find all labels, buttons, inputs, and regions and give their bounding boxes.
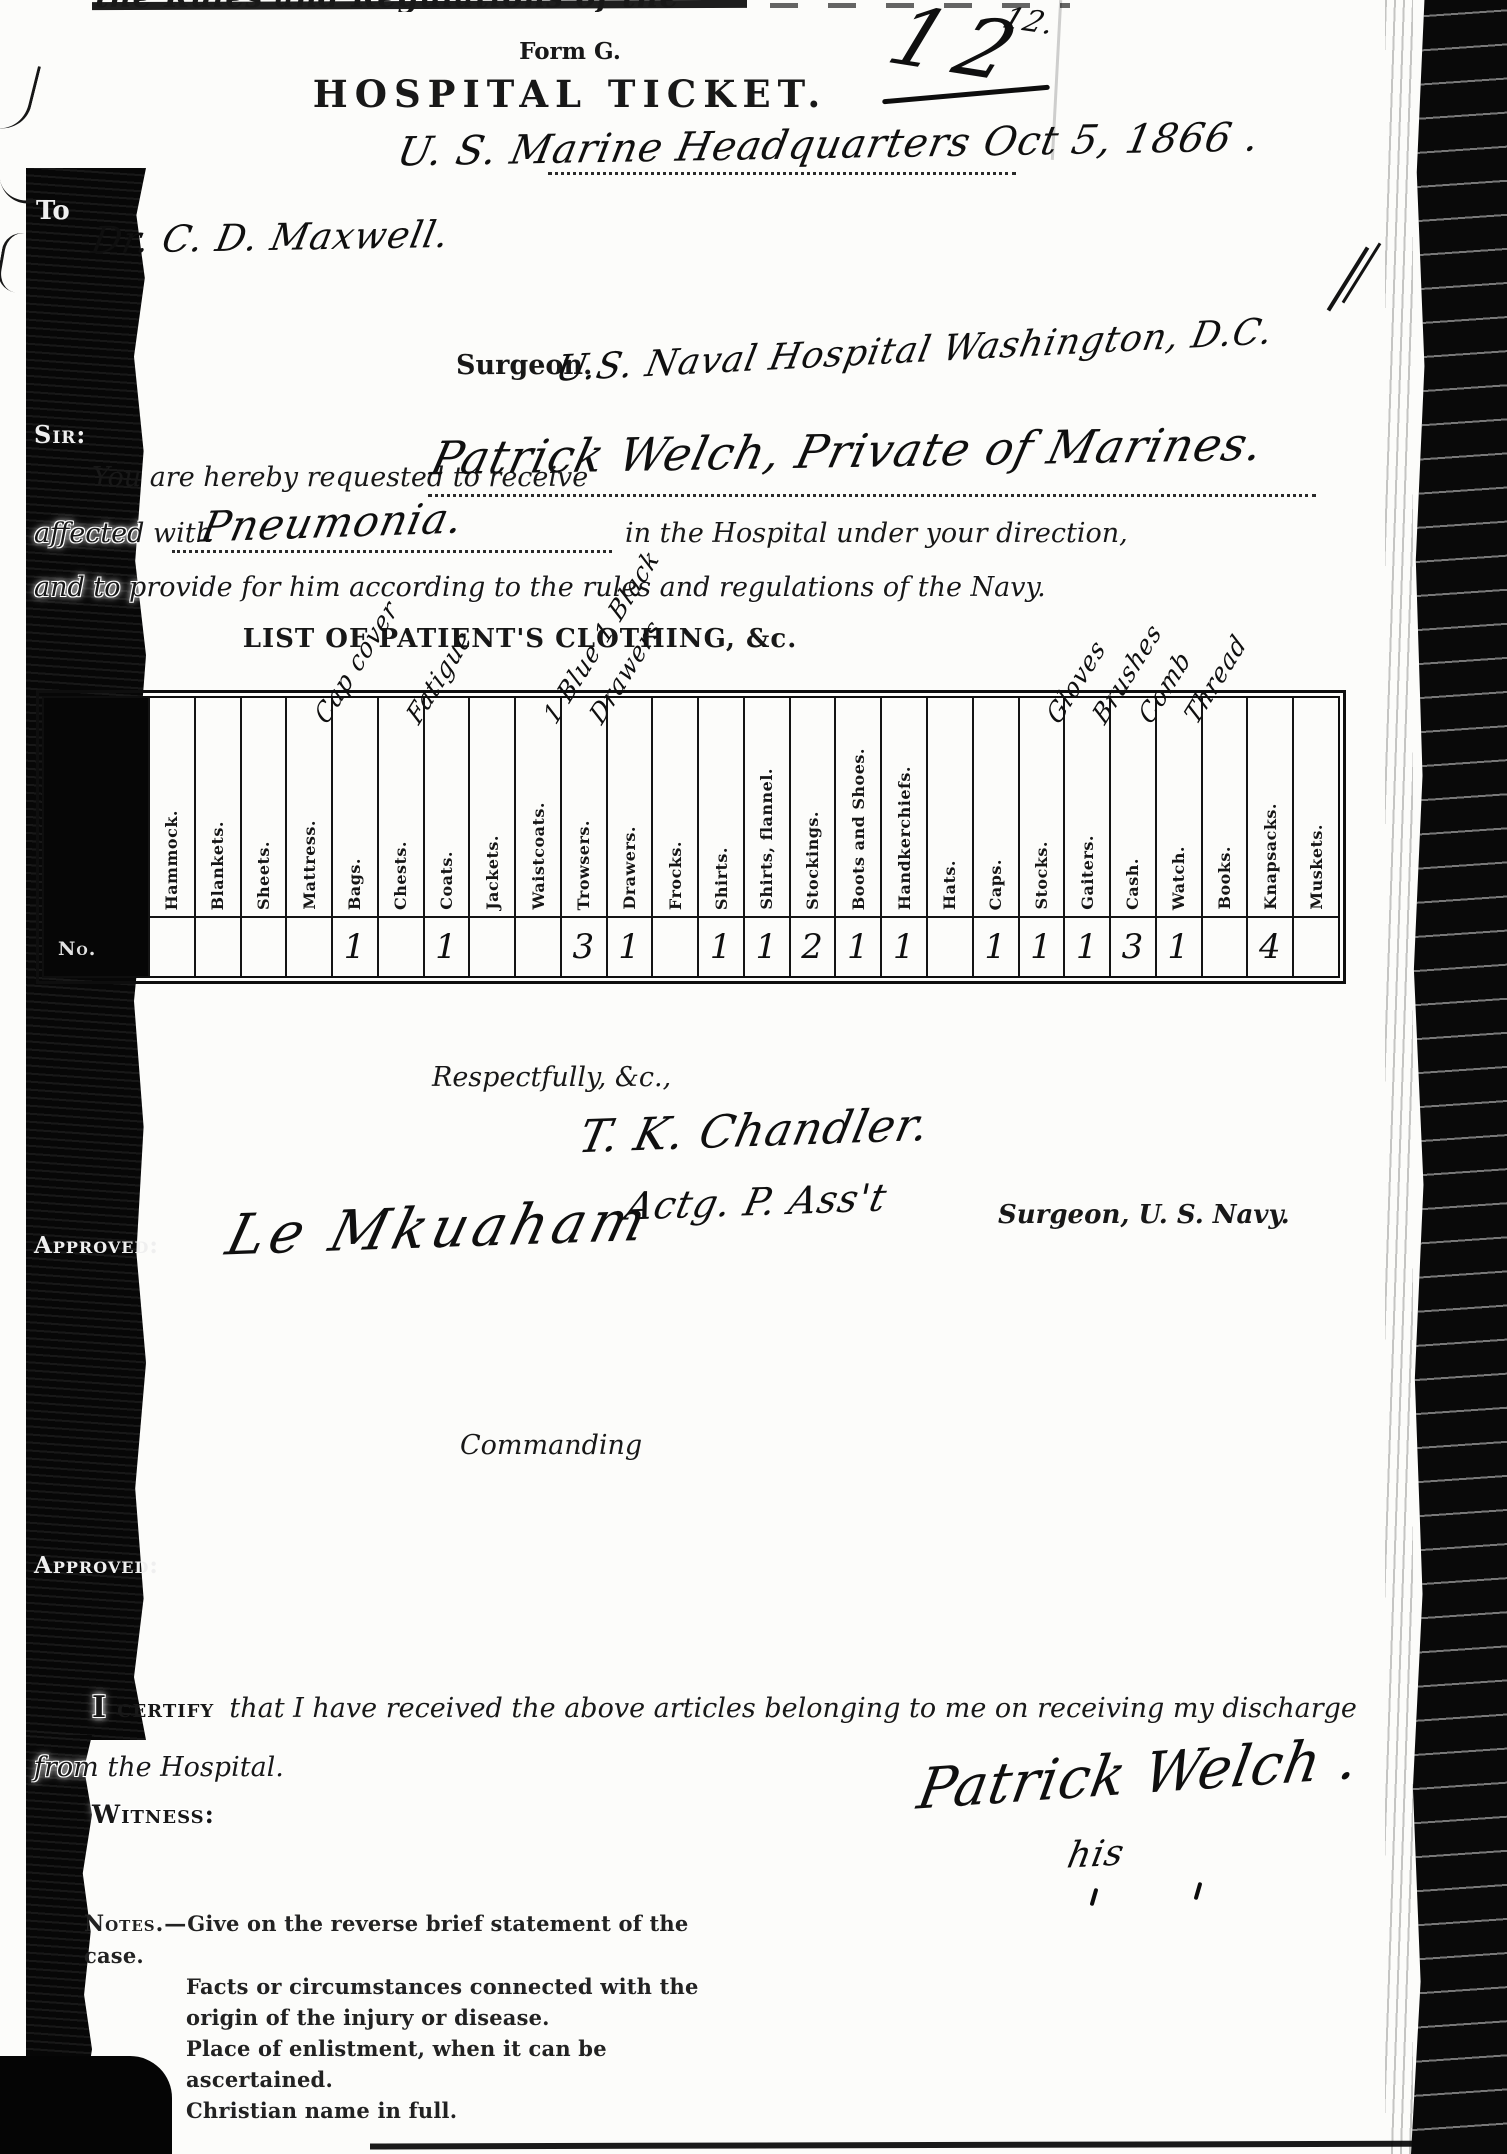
column-value-handwritten: 3 (562, 916, 606, 976)
column-header-cell: 1 Blue 1 Black Trowsers. (562, 698, 606, 916)
request-line2-suffix: in the Hospital under your direction, (625, 518, 1128, 549)
request-line2-prefix-text: affected with (34, 518, 213, 549)
column-value-handwritten (928, 916, 972, 976)
recipient-text: Dr. C. D. Maxwell. (88, 213, 453, 262)
column-label: Hats. (940, 850, 959, 916)
certification-line1: I certify that I have received the above… (92, 1690, 1322, 1725)
form-label-text: Form G. (519, 38, 621, 65)
column-shirts-flannel: Shirts, flannel. 1 (743, 698, 789, 976)
column-label: Jackets. (483, 825, 502, 916)
notes-label: Notes.— (84, 1911, 187, 1937)
column-header-cell: Chests. (379, 698, 423, 916)
clothing-table: No. Hammock. Blankets. Sheets. (36, 690, 1346, 984)
top-clipped-text-content: the Rules and Regulations of the Navy. (95, 0, 755, 12)
column-header-cell: Comb Watch. (1157, 698, 1201, 916)
his-mark-text: his (1064, 1832, 1128, 1876)
witness-label-text: Witness: (92, 1800, 215, 1829)
patient-name-dotted-rule (428, 494, 1316, 497)
column-value-handwritten: 1 (745, 916, 789, 976)
column-cash: Brushes Cash. 3 (1109, 698, 1155, 976)
sir-label: Sir: (34, 420, 86, 449)
right-page-edge-band (1411, 0, 1507, 2154)
pen-tick-mark (1194, 1882, 1203, 1900)
clothing-columns: Hammock. Blankets. Sheets. Mattress. (148, 698, 1338, 976)
column-value-handwritten: 1 (1065, 916, 1109, 976)
column-value-handwritten (287, 916, 331, 976)
column-header-cell: Hats. (928, 698, 972, 916)
column-blankets: Blankets. (194, 698, 240, 976)
column-label: Bags. (345, 848, 364, 916)
column-value-handwritten: 1 (836, 916, 880, 976)
column-value-handwritten: 1 (882, 916, 926, 976)
column-header-cell: Sheets. (242, 698, 286, 916)
margin-pen-squiggle (0, 59, 41, 134)
column-label: Shirts. (712, 837, 731, 916)
column-hats: Hats. (926, 698, 972, 976)
column-label: Coats. (437, 841, 456, 916)
recipient-handwritten: Dr. C. D. Maxwell. (88, 213, 453, 262)
page-title-text: HOSPITAL TICKET. (313, 72, 827, 116)
column-value-handwritten (516, 916, 560, 976)
ailment-text: Pneumonia. (197, 493, 469, 552)
column-label: Gaiters. (1078, 825, 1097, 916)
column-stockings: Stockings. 2 (789, 698, 835, 976)
certification-line2-text: from the Hospital. (34, 1752, 284, 1783)
column-chests: Chests. (377, 698, 423, 976)
clothing-table-body: No. Hammock. Blankets. Sheets. (44, 698, 1338, 976)
patient-name-text: Patrick Welch, Private of Marines. (426, 417, 1269, 486)
column-value-handwritten: 2 (791, 916, 835, 976)
column-value-handwritten (470, 916, 514, 976)
surgeon-signature-handwritten: T. K. Chandler. (574, 1098, 934, 1164)
request-line3-text: and to provide for him according to the … (34, 572, 1046, 603)
column-value-handwritten: 3 (1111, 916, 1155, 976)
column-header-cell: Caps. (974, 698, 1018, 916)
form-label: Form G. (170, 38, 970, 65)
request-line2-prefix: affected with (34, 518, 213, 549)
column-stocks: Stocks. 1 (1018, 698, 1064, 976)
approved-label-1-text: Approved: (34, 1232, 159, 1259)
notes-line-2: Facts or circumstances connected with th… (186, 1971, 744, 2033)
column-boots-and-shoes: Boots and Shoes. 1 (834, 698, 880, 976)
column-value-handwritten (379, 916, 423, 976)
column-header-cell: Frocks. (653, 698, 697, 916)
to-label: To (36, 196, 70, 226)
column-value-handwritten (1294, 916, 1338, 976)
column-annotation-handwritten: Thread (1179, 629, 1252, 730)
column-value-handwritten (196, 916, 240, 976)
column-frocks: Frocks. (651, 698, 697, 976)
column-header-cell: Muskets. (1294, 698, 1338, 916)
top-clipped-text: the Rules and Regulations of the Navy. (95, 0, 755, 12)
column-header-cell: Stockings. (791, 698, 835, 916)
right-pen-stroke (1327, 247, 1370, 312)
column-label: Trowsers. (574, 810, 593, 916)
request-line3: and to provide for him according to the … (34, 572, 1046, 603)
approved-label-2: Approved: (34, 1552, 159, 1579)
column-label: Boots and Shoes. (849, 738, 868, 916)
column-header-cell: Blankets. (196, 698, 240, 916)
sir-label-text: Sir: (34, 420, 86, 449)
notes-line-3: Place of enlistment, when it can be asce… (186, 2033, 744, 2095)
request-line2-suffix-text: in the Hospital under your direction, (625, 518, 1128, 549)
dateline-dotted-rule (548, 172, 1016, 175)
ailment-handwritten: Pneumonia. (197, 493, 469, 552)
column-drawers: Drawers Drawers. 1 (606, 698, 652, 976)
margin-pen-squiggle (0, 150, 38, 207)
commander-signature-handwritten: Le Mkuaham (220, 1188, 658, 1268)
column-header-cell: Mattress. (287, 698, 331, 916)
column-value-handwritten (653, 916, 697, 976)
surgeon-signature-text: T. K. Chandler. (574, 1098, 934, 1164)
column-value-handwritten: 4 (1248, 916, 1292, 976)
column-label: Waistcoats. (529, 792, 548, 916)
column-coats: Fatigue Coats. 1 (423, 698, 469, 976)
column-header-cell: Hammock. (150, 698, 194, 916)
commanding-label-text: Commanding (460, 1430, 642, 1461)
column-value-handwritten: 1 (974, 916, 1018, 976)
bottom-smudge-line (370, 2141, 1507, 2150)
column-value-handwritten: 1 (608, 916, 652, 976)
certification-certify-word: certify (117, 1694, 214, 1723)
clothing-list-heading-text: LIST OF PATIENT'S CLOTHING, &c. (243, 624, 798, 654)
corner-number-small: 12. (998, 1, 1060, 42)
column-value-handwritten: 1 (333, 916, 377, 976)
column-header-cell: Gloves Gaiters. (1065, 698, 1109, 916)
pen-tick-mark (1090, 1888, 1099, 1906)
notes-line-1: Notes.—Give on the reverse brief stateme… (84, 1908, 744, 1971)
commanding-label: Commanding (460, 1430, 642, 1461)
column-value-handwritten: 1 (1020, 916, 1064, 976)
column-caps: Caps. 1 (972, 698, 1018, 976)
column-label: Drawers. (620, 816, 639, 916)
column-bags: Cap cover Bags. 1 (331, 698, 377, 976)
witness-label: Witness: (92, 1800, 215, 1829)
column-label: Cash. (1123, 848, 1142, 916)
column-header-cell: Shirts. (699, 698, 743, 916)
patient-signature-handwritten: Patrick Welch . (913, 1726, 1364, 1823)
column-header-cell: Fatigue Coats. (425, 698, 469, 916)
column-label: Muskets. (1307, 814, 1326, 916)
column-label: Books. (1215, 836, 1234, 916)
column-hammock: Hammock. (148, 698, 194, 976)
column-header-cell: Shirts, flannel. (745, 698, 789, 916)
column-header-cell: Knapsacks. (1248, 698, 1292, 916)
column-header-cell: Drawers Drawers. (608, 698, 652, 916)
ailment-dotted-rule (172, 550, 612, 553)
column-knapsacks: Knapsacks. 4 (1246, 698, 1292, 976)
column-header-cell: Stocks. (1020, 698, 1064, 916)
column-handkerchiefs: Handkerchiefs. 1 (880, 698, 926, 976)
patient-signature-text: Patrick Welch . (913, 1726, 1364, 1823)
column-value-handwritten (242, 916, 286, 976)
notes-block: Notes.—Give on the reverse brief stateme… (84, 1908, 744, 2126)
clothing-list-heading: LIST OF PATIENT'S CLOTHING, &c. (240, 624, 800, 654)
column-muskets: Muskets. (1292, 698, 1338, 976)
surgeon-location-text: U.S. Naval Hospital Washington, D.C. (552, 311, 1276, 390)
column-value-handwritten: 1 (699, 916, 743, 976)
column-header-cell: Handkerchiefs. (882, 698, 926, 916)
column-label: Handkerchiefs. (895, 756, 914, 916)
column-label: Hammock. (162, 800, 181, 916)
certification-line2: from the Hospital. (34, 1752, 284, 1783)
column-gaiters: Gloves Gaiters. 1 (1063, 698, 1109, 976)
column-label: Mattress. (300, 810, 319, 916)
column-header-cell: Brushes Cash. (1111, 698, 1155, 916)
column-header-cell: Jackets. (470, 698, 514, 916)
column-value-handwritten: 1 (1157, 916, 1201, 976)
clothing-table-frame: No. Hammock. Blankets. Sheets. (42, 696, 1340, 978)
surgeon-signature-title-text: Actg. P. Ass't (621, 1175, 891, 1228)
respectfully-line: Respectfully, &c., (432, 1062, 671, 1093)
surgeon-title-printed-text: Surgeon, U. S. Navy. (998, 1200, 1290, 1230)
column-label: Blankets. (208, 811, 227, 916)
column-header-cell: Waistcoats. (516, 698, 560, 916)
patient-name-handwritten: Patrick Welch, Private of Marines. (426, 417, 1269, 486)
dateline-text: U. S. Marine Headquarters Oct 5, 1866 . (394, 114, 1264, 175)
column-watch: Comb Watch. 1 (1155, 698, 1201, 976)
certification-body: that I have received the above articles … (229, 1693, 1357, 1724)
surgeon-signature-title-handwritten: Actg. P. Ass't (621, 1175, 891, 1228)
surgeon-location-handwritten: U.S. Naval Hospital Washington, D.C. (552, 311, 1276, 390)
page-title: HOSPITAL TICKET. (170, 72, 970, 116)
column-jackets: Jackets. (468, 698, 514, 976)
corner-number-small-text: 12. (998, 1, 1060, 42)
column-label: Chests. (391, 831, 410, 916)
column-label: Watch. (1169, 836, 1188, 916)
respectfully-text: Respectfully, &c., (432, 1062, 671, 1093)
dateline-handwritten: U. S. Marine Headquarters Oct 5, 1866 . (394, 114, 1264, 175)
column-label: Stockings. (803, 801, 822, 916)
column-value-handwritten (1203, 916, 1247, 976)
column-label: Frocks. (666, 831, 685, 916)
column-label: Shirts, flannel. (757, 758, 776, 916)
row-label-text: No. (58, 938, 96, 960)
column-label: Knapsacks. (1261, 793, 1280, 916)
column-value-handwritten (150, 916, 194, 976)
column-header-cell: Thread Books. (1203, 698, 1247, 916)
column-trowsers: 1 Blue 1 Black Trowsers. 3 (560, 698, 606, 976)
column-waistcoats: Waistcoats. (514, 698, 560, 976)
column-shirts: Shirts. 1 (697, 698, 743, 976)
commander-signature-text: Le Mkuaham (220, 1188, 658, 1268)
hospital-ticket-document: the Rules and Regulations of the Navy. 1… (0, 0, 1507, 2154)
his-mark-handwritten: his (1064, 1832, 1128, 1876)
certification-lead: I (92, 1690, 106, 1725)
column-header-cell: Boots and Shoes. (836, 698, 880, 916)
surgeon-title-printed: Surgeon, U. S. Navy. (998, 1200, 1290, 1230)
column-header-cell: Cap cover Bags. (333, 698, 377, 916)
right-edge-crease-lines (1385, 0, 1413, 2154)
column-label: Stocks. (1032, 831, 1051, 916)
approved-label-2-text: Approved: (34, 1552, 159, 1579)
column-books: Thread Books. (1201, 698, 1247, 976)
to-label-text: To (36, 196, 70, 226)
approved-label-1: Approved: (34, 1232, 159, 1259)
column-label: Caps. (986, 849, 1005, 916)
notes-line-4: Christian name in full. (186, 2095, 744, 2126)
column-sheets: Sheets. (240, 698, 286, 976)
column-label: Sheets. (254, 831, 273, 916)
column-mattress: Mattress. (285, 698, 331, 976)
column-value-handwritten: 1 (425, 916, 469, 976)
row-label-cell: No. (44, 698, 148, 976)
